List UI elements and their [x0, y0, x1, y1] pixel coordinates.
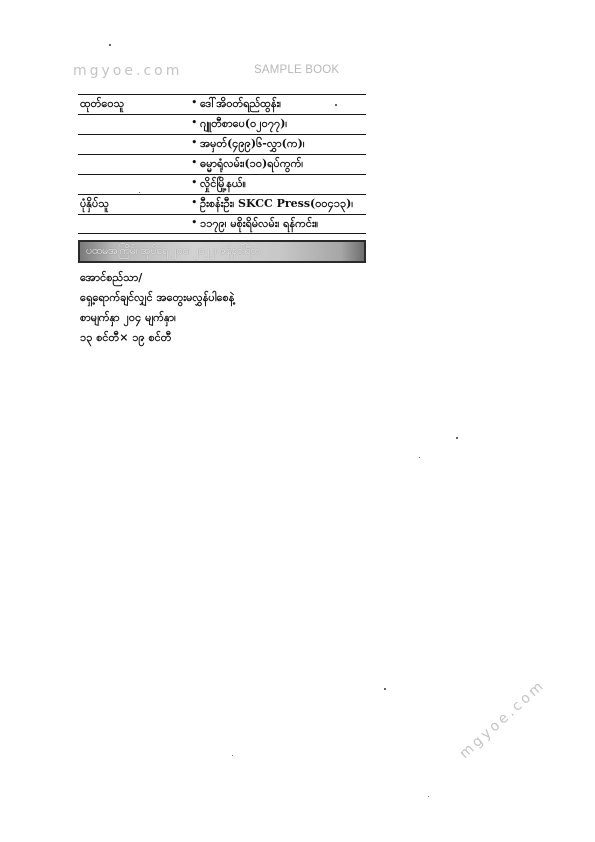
scan-speck	[335, 104, 337, 106]
scan-speck	[419, 457, 420, 458]
publisher-label: ထုတ်ဝေသူ	[80, 97, 124, 113]
scan-speck	[384, 688, 386, 690]
publisher-address-street: ဓမ္မာရုံလမ်း၊(၁၀)ရပ်ကွက်၊	[200, 157, 303, 173]
printer-name: ဦးစန်းဦး၊ SKCC Press(၀၀၄၁၃)၊	[200, 197, 353, 213]
printer-address: ၁၁၇၉၊ မစိုးရိမ်လမ်း၊ ရန်ကင်း။	[200, 217, 318, 233]
watermark-site-top: mgyoe.com	[73, 63, 182, 79]
edition-banner: ပထမအကြိမ်၊ အုပ်ရေ ၂၀၀၊ ၂၀၂၂၊ ဇန်နဝါရီလ	[78, 240, 366, 263]
bullet-icon: •	[191, 136, 198, 149]
scan-speck	[428, 796, 429, 797]
page-count: စာမျက်နှာ ၂၀၄ မျက်နှာ၊	[80, 308, 234, 328]
watermark-site-diagonal: mgyoe.com	[457, 677, 549, 762]
book-dimensions: ၁၃ စင်တီ× ၁၉ စင်တီ	[80, 328, 234, 348]
colophon-row-publisher: ထုတ်ဝေသူ • ဒေါ်အိဝတ်ရည်ထွန်း၊	[78, 94, 366, 114]
catalog-entry: အောင်စည်သာ/ ရှေ့ရောက်ချင်လျှင် အတွေးမလွှ…	[80, 268, 234, 348]
bullet-icon: •	[191, 116, 198, 129]
watermark-sample-book: SAMPLE BOOK	[254, 64, 339, 76]
scan-speck	[139, 192, 140, 193]
bullet-icon: •	[191, 196, 198, 209]
author-name: အောင်စည်သာ/	[80, 268, 234, 288]
publisher-township: လှိုင်မြို့နယ်။	[200, 177, 246, 193]
bullet-icon: •	[191, 96, 198, 109]
book-title: ရှေ့ရောက်ချင်လျှင် အတွေးမလွှန်ပါစေနဲ့	[80, 288, 234, 308]
scan-speck	[232, 755, 233, 756]
publisher-house: ဂျူတီစာပေ(၀၂၀၇၇)၊	[200, 117, 287, 133]
colophon-row: • ၁၁၇၉၊ မစိုးရိမ်လမ်း၊ ရန်ကင်း။	[78, 214, 366, 234]
colophon-row: • ဂျူတီစာပေ(၀၂၀၇၇)၊	[78, 114, 366, 134]
bullet-icon: •	[191, 216, 198, 229]
bullet-icon: •	[191, 176, 198, 189]
scan-speck	[109, 44, 111, 46]
colophon-table: ထုတ်ဝေသူ • ဒေါ်အိဝတ်ရည်ထွန်း၊ • ဂျူတီစာပ…	[78, 94, 366, 234]
scan-speck	[456, 437, 458, 439]
bullet-icon: •	[191, 156, 198, 169]
publisher-address-number: အမှတ်(၄၉၉)၆-လွှာ(က)၊	[200, 137, 305, 153]
printer-label: ပုံနှိပ်သူ	[80, 197, 109, 213]
colophon-row-printer: ပုံနှိပ်သူ • ဦးစန်းဦး၊ SKCC Press(၀၀၄၁၃)…	[78, 194, 366, 214]
colophon-row: • အမှတ်(၄၉၉)၆-လွှာ(က)၊	[78, 134, 366, 154]
colophon-row: • ဓမ္မာရုံလမ်း၊(၁၀)ရပ်ကွက်၊	[78, 154, 366, 174]
colophon-row: • လှိုင်မြို့နယ်။	[78, 174, 366, 194]
publisher-name: ဒေါ်အိဝတ်ရည်ထွန်း၊	[200, 97, 281, 113]
